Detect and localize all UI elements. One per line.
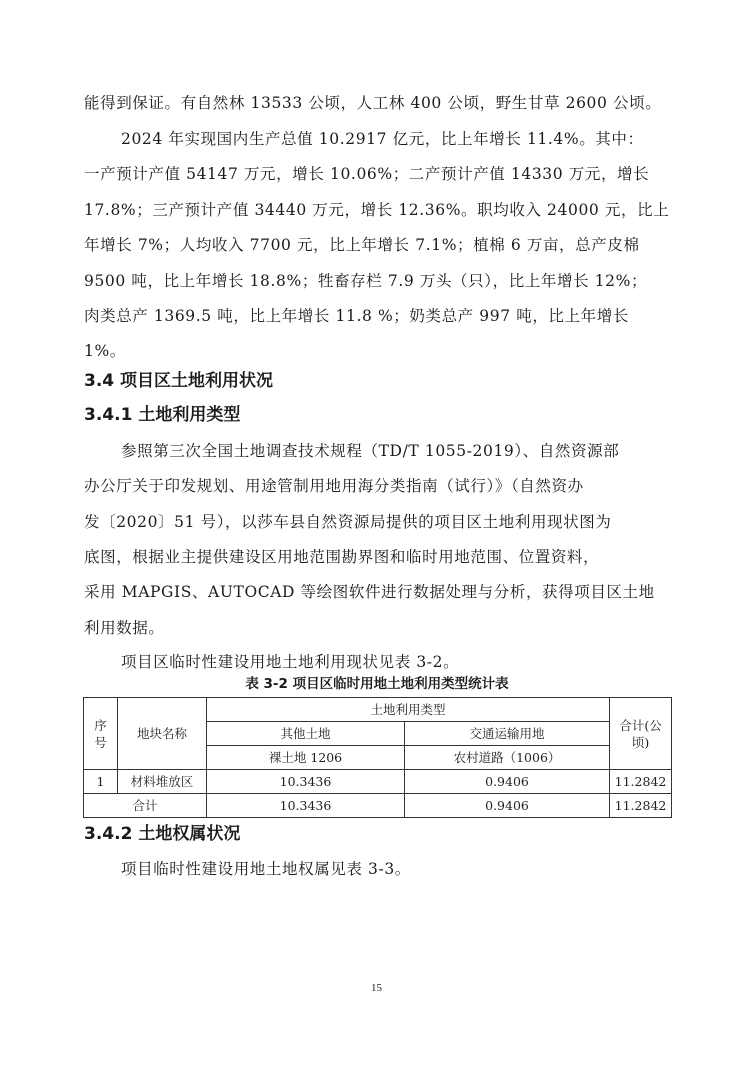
header-rural-road: 农村道路（1006） [405, 746, 610, 770]
table-sum-row: 合计 10.3436 0.9406 11.2842 [84, 794, 672, 818]
header-total: 合计(公顷) [610, 698, 672, 770]
sum-total: 11.2842 [610, 794, 672, 818]
header-land-use-type: 土地利用类型 [207, 698, 610, 722]
paragraph-line: 肉类总产 1369.5 吨，比上年增长 11.8 %；奶类总产 997 吨，比上… [84, 306, 674, 326]
header-other-land: 其他土地 [207, 722, 405, 746]
paragraph-line: 参照第三次全国土地调查技术规程（TD/T 1055-2019）、自然资源部 [121, 441, 674, 461]
paragraph-line: 9500 吨，比上年增长 18.8%；牲畜存栏 7.9 万头（只），比上年增长 … [84, 271, 674, 291]
header-seq: 序号 [84, 698, 118, 770]
sum-rural-road: 0.9406 [405, 794, 610, 818]
page-number: 15 [0, 982, 753, 994]
cell-rural-road: 0.9406 [405, 770, 610, 794]
paragraph-line: 项目区临时性建设用地土地利用现状见表 3-2。 [121, 652, 674, 672]
paragraph-line: 能得到保证。有自然林 13533 公顷，人工林 400 公顷，野生甘草 2600… [84, 93, 674, 113]
paragraph-line: 项目临时性建设用地土地权属见表 3-3。 [121, 859, 674, 879]
header-bare-land: 裸土地 1206 [207, 746, 405, 770]
sum-bare-land: 10.3436 [207, 794, 405, 818]
paragraph-line: 2024 年实现国内生产总值 10.2917 亿元，比上年增长 11.4%。其中… [121, 129, 674, 149]
paragraph-line: 底图，根据业主提供建设区用地范围勘界图和临时用地范围、位置资料， [84, 547, 674, 567]
paragraph-line: 年增长 7%；人均收入 7700 元，比上年增长 7.1%；植棉 6 万亩，总产… [84, 235, 674, 255]
paragraph-line: 1%。 [84, 341, 674, 361]
cell-name: 材料堆放区 [118, 770, 207, 794]
table-caption: 表 3-2 项目区临时用地土地利用类型统计表 [84, 675, 670, 693]
header-transport-land: 交通运输用地 [405, 722, 610, 746]
paragraph-line: 利用数据。 [84, 618, 674, 638]
table-row: 1 材料堆放区 10.3436 0.9406 11.2842 [84, 770, 672, 794]
section-heading-3-4-1: 3.4.1 土地利用类型 [84, 404, 240, 426]
document-page: 能得到保证。有自然林 13533 公顷，人工林 400 公顷，野生甘草 2600… [0, 0, 753, 1066]
cell-bare-land: 10.3436 [207, 770, 405, 794]
cell-seq: 1 [84, 770, 118, 794]
paragraph-line: 一产预计产值 54147 万元，增长 10.06%；二产预计产值 14330 万… [84, 164, 674, 184]
land-use-table: 序号 地块名称 土地利用类型 合计(公顷) 其他土地 交通运输用地 裸土地 12… [83, 697, 672, 818]
paragraph-line: 发〔2020〕51 号），以莎车县自然资源局提供的项目区土地利用现状图为 [84, 512, 674, 532]
sum-label: 合计 [84, 794, 207, 818]
header-parcel-name: 地块名称 [118, 698, 207, 770]
section-heading-3-4-2: 3.4.2 土地权属状况 [84, 823, 240, 845]
cell-total: 11.2842 [610, 770, 672, 794]
paragraph-line: 办公厅关于印发规划、用途管制用地用海分类指南（试行）》（自然资办 [84, 476, 674, 496]
table-header-row: 序号 地块名称 土地利用类型 合计(公顷) [84, 698, 672, 722]
section-heading-3-4: 3.4 项目区土地利用状况 [84, 370, 273, 392]
paragraph-line: 17.8%；三产预计产值 34440 万元，增长 12.36%。职均收入 240… [84, 200, 674, 220]
paragraph-line: 采用 MAPGIS、AUTOCAD 等绘图软件进行数据处理与分析，获得项目区土地 [84, 582, 674, 602]
